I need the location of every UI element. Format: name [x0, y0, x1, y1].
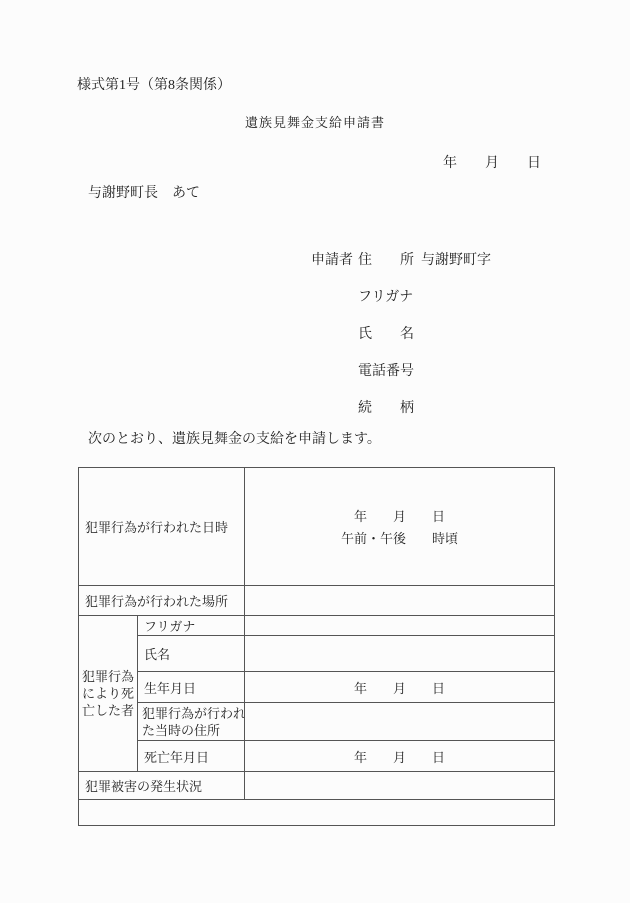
application-date-line: 年 月 日 [0, 156, 541, 172]
applicant-address-value: 与謝野町字 [421, 249, 491, 269]
deceased-furigana-value [245, 616, 555, 636]
applicant-relationship-label: 続 柄 [358, 397, 414, 417]
row-deceased-deathdate: 死亡年月日 年 月 日 [79, 741, 555, 772]
crime-datetime-value: 年 月 日 午前・午後 時頃 [245, 468, 555, 586]
deceased-birthdate-label: 生年月日 [138, 672, 245, 703]
crime-situation-label: 犯罪被害の発生状況 [79, 772, 245, 800]
applicant-row-address: 申請者 住 所 与謝野町字 [311, 249, 491, 264]
row-crime-situation: 犯罪被害の発生状況 [79, 772, 555, 800]
row-deceased-address: 犯罪行為が行われ た当時の住所 [79, 703, 555, 741]
row-crime-datetime: 犯罪行為が行われた日時 年 月 日 午前・午後 時頃 [79, 468, 555, 586]
applicant-address-label: 住 所 [358, 249, 414, 269]
row-deceased-name: 氏名 [79, 636, 555, 672]
applicant-prefix: 申請者 [311, 249, 358, 269]
applicant-phone-label: 電話番号 [358, 360, 414, 380]
crime-datetime-label: 犯罪行為が行われた日時 [79, 468, 245, 586]
crime-location-value [245, 586, 555, 616]
crime-situation-value [245, 772, 555, 800]
deceased-furigana-label: フリガナ [138, 616, 245, 636]
document-page: 様式第1号（第8条関係） 遺族見舞金支給申請書 年 月 日 与謝野町長 あて 申… [0, 0, 630, 903]
deceased-deathdate-value: 年 月 日 [245, 741, 555, 772]
applicant-row-relationship: 続 柄 [311, 397, 491, 412]
deceased-group-line: により死 [82, 685, 134, 702]
crime-date-placeholder: 年 月 日 [251, 506, 548, 525]
row-deceased-furigana: 犯罪行為 により死 亡した者 フリガナ [79, 616, 555, 636]
applicant-row-phone: 電話番号 [311, 360, 491, 375]
deceased-deathdate-label: 死亡年月日 [138, 741, 245, 772]
deceased-birthdate-value: 年 月 日 [245, 672, 555, 703]
addressee-line: 与謝野町長 あて [88, 186, 200, 202]
application-details-table: 犯罪行為が行われた日時 年 月 日 午前・午後 時頃 犯罪行為が行われた場所 犯… [78, 467, 555, 826]
deceased-address-value [245, 703, 555, 741]
deceased-name-label: 氏名 [138, 636, 245, 672]
intro-sentence: 次のとおり、遺族見舞金の支給を申請します。 [88, 432, 381, 448]
applicant-block: 申請者 住 所 与謝野町字 フリガナ 氏 名 電話番号 続 柄 [311, 249, 491, 434]
deceased-group-header: 犯罪行為 により死 亡した者 [79, 616, 138, 772]
deceased-address-label: 犯罪行為が行われ た当時の住所 [138, 703, 245, 741]
row-deceased-birthdate: 生年月日 年 月 日 [79, 672, 555, 703]
page-title: 遺族見舞金支給申請書 [0, 115, 630, 131]
row-crime-location: 犯罪行為が行われた場所 [79, 586, 555, 616]
empty-note-cell [79, 800, 555, 826]
row-empty [79, 800, 555, 826]
deceased-name-value [245, 636, 555, 672]
crime-time-placeholder: 午前・午後 時頃 [251, 528, 548, 547]
deceased-group-line: 亡した者 [82, 702, 134, 719]
applicant-furigana-label: フリガナ [358, 286, 413, 306]
deceased-group-line: 犯罪行為 [82, 668, 134, 685]
applicant-name-label: 氏 名 [358, 323, 414, 343]
crime-location-label: 犯罪行為が行われた場所 [79, 586, 245, 616]
form-id-note: 様式第1号（第8条関係） [77, 78, 231, 94]
applicant-row-furigana: フリガナ [311, 286, 491, 301]
applicant-row-name: 氏 名 [311, 323, 491, 338]
